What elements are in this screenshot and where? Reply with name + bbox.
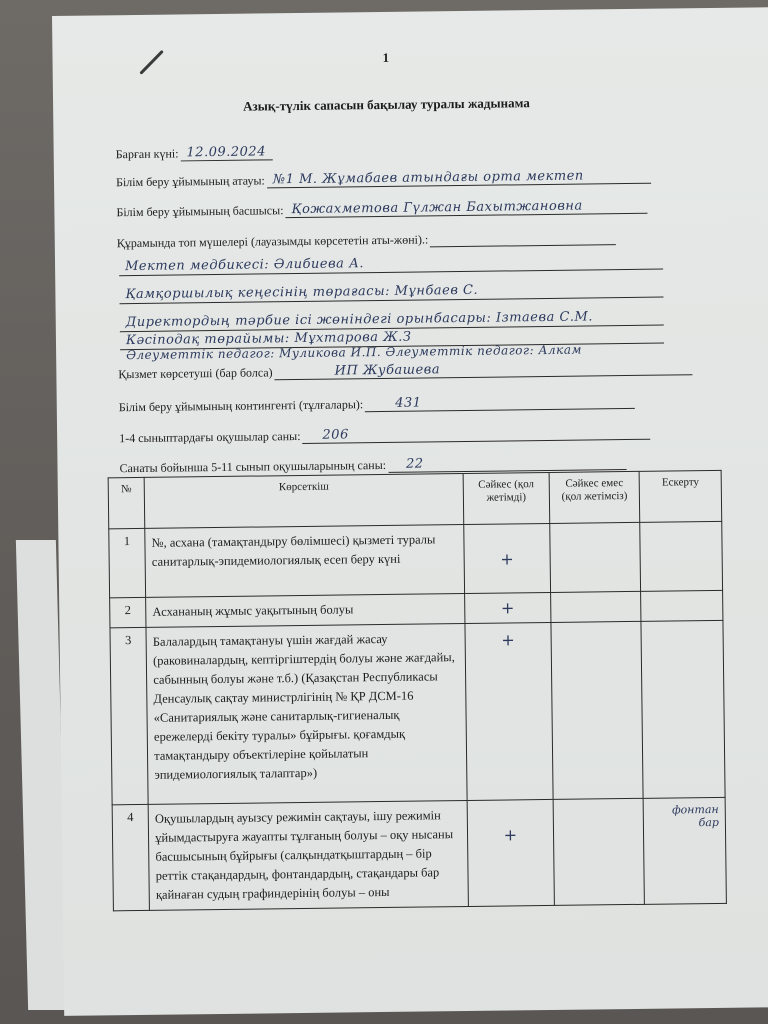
row-note-handwritten: фонтан бар — [650, 803, 719, 830]
row-indicator: №, асхана (тамақтандыру бөлімшесі) қызме… — [145, 525, 465, 598]
header-noncompliant: Сәйкес емес (қол жетімсіз) — [549, 471, 640, 523]
row-num: 4 — [112, 804, 149, 910]
check-mark: + — [500, 549, 514, 568]
header-indicator: Көрсеткіш — [144, 474, 463, 529]
row-indicator: Балалардың тамақтануы үшін жағдай жасау … — [146, 624, 467, 805]
group-member-entry: Қамқоршылық кеңесінің төрағасы: Мұнбаев … — [125, 283, 478, 302]
org-name-field: Білім беру ұйымының атауы: №1 М. Жұмабае… — [116, 167, 651, 191]
row-compliant-cell: + — [464, 523, 551, 593]
row-note-cell — [641, 590, 723, 621]
group-member-line: Қамқоршылық кеңесінің төрағасы: Мұнбаев … — [119, 279, 663, 305]
row-noncompliant-cell — [551, 621, 644, 799]
service-provider-label: Қызмет көрсетуші (бар болса) — [118, 365, 272, 382]
row-num: 3 — [110, 627, 148, 804]
service-provider-value: ИП Жубашева — [335, 362, 441, 378]
check-mark: + — [501, 630, 515, 649]
checklist-table: № Көрсеткіш Сәйкес (қол жетімді) Сәйкес … — [108, 470, 727, 911]
row-num: 2 — [110, 597, 147, 627]
row-noncompliant-cell — [549, 522, 641, 592]
header-compliant: Сәйкес (қол жетімді) — [463, 472, 549, 524]
row-noncompliant-cell — [553, 798, 645, 905]
org-head-value: Қожахметова Гүлжан Бахытжановна — [291, 199, 582, 218]
contingent-label: Білім беру ұйымының контингенті (тұлғала… — [119, 397, 364, 415]
row-indicator: Асхананың жұмыс уақытының болуы — [146, 594, 465, 628]
row-compliant-cell: + — [467, 799, 554, 906]
row-compliant-cell: + — [465, 622, 553, 800]
visit-date-field: Барған күні: 12.09.2024 — [116, 143, 273, 162]
table-header-row: № Көрсеткіш Сәйкес (қол жетімді) Сәйкес … — [108, 470, 722, 528]
contingent-field: Білім беру ұйымының контингенті (тұлғала… — [119, 392, 636, 415]
pen-stroke-mark — [139, 50, 163, 75]
group-members-label: Құрамында топ мүшелері (лауазымды көрсет… — [117, 232, 429, 251]
row-note-cell: фонтан бар — [644, 797, 727, 904]
row-num: 1 — [109, 528, 146, 597]
row-noncompliant-cell — [550, 591, 641, 622]
grades-1-4-label: 1-4 сыныптардағы оқушылар саны: — [119, 429, 301, 446]
group-member-entry: Әлеуметтік педагог: Муликова И.П. Әлеуме… — [126, 343, 582, 363]
visit-date-value: 12.09.2024 — [186, 144, 266, 160]
group-member-entry: Мектеп медбикесі: Әлибиева А. — [125, 256, 364, 274]
group-member-line: Мектеп медбикесі: Әлибиева А. — [119, 251, 663, 277]
grades-5-11-value: 22 — [406, 456, 424, 471]
table-row: 3 Балалардың тамақтануы үшін жағдай жаса… — [110, 620, 725, 804]
header-num: № — [108, 477, 145, 528]
org-name-label: Білім беру ұйымының атауы: — [116, 173, 265, 190]
group-members-field: Құрамында топ мүшелері (лауазымды көрсет… — [117, 228, 617, 251]
grades-1-4-field: 1-4 сыныптардағы оқушылар саны: 206 — [119, 423, 651, 446]
row-compliant-cell: + — [465, 592, 551, 623]
grades-1-4-value: 206 — [322, 427, 349, 442]
row-indicator: Оқушылардың ауызсу режимін сақтауы, ішу … — [148, 800, 468, 910]
check-mark: + — [501, 598, 515, 617]
header-note: Ескерту — [640, 470, 722, 522]
org-head-label: Білім беру ұйымының басшысы: — [116, 203, 283, 220]
row-note-cell — [640, 521, 722, 591]
document-page: 1 Азық-түлік сапасын бақылау туралы жады… — [52, 7, 768, 1016]
page-number: 1 — [382, 50, 389, 66]
org-head-field: Білім беру ұйымының басшысы: Қожахметова… — [116, 197, 647, 220]
document-title: Азық-түлік сапасын бақылау туралы жадына… — [243, 95, 530, 115]
visit-date-label: Барған күні: — [116, 146, 179, 162]
table-row: 4 Оқушылардың ауызсу режимін сақтауы, іш… — [112, 797, 726, 910]
contingent-value: 431 — [395, 396, 422, 411]
check-mark: + — [504, 825, 518, 844]
org-name-value: №1 М. Жұмабаев атындағы орта мектеп — [273, 169, 584, 188]
row-note-cell — [641, 620, 725, 798]
table-row: 1 №, асхана (тамақтандыру бөлімшесі) қыз… — [109, 521, 723, 597]
